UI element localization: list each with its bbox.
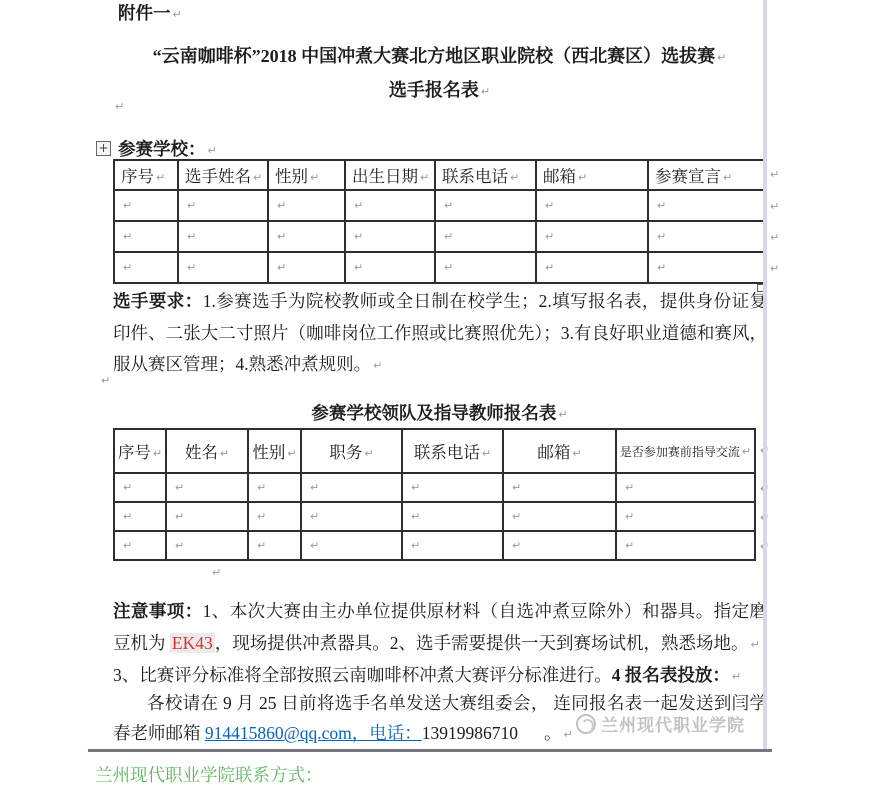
column-header: 联系电话↵ (402, 429, 503, 473)
table-row: ↵↵↵↵↵↵↵ (114, 473, 755, 502)
notes-paragraph: 注意事项：1、本次大赛由主办单位提供原材料（自选冲煮豆除外）和器具。指定磨豆机为… (113, 596, 767, 693)
pilcrow-mark: ↵ (173, 481, 184, 494)
column-header: 序号↵ (114, 160, 178, 190)
pilcrow-mark: ↵ (623, 510, 634, 523)
table-cell: ↵ (616, 502, 755, 531)
pilcrow-mark: ↵ (556, 408, 567, 421)
notes-label: 注意事项： (113, 601, 203, 621)
table-cell: ↵ (166, 473, 248, 502)
pilcrow-mark: ↵ (121, 539, 132, 552)
table-cell: ↵ (166, 531, 248, 560)
table-cell: ↵ (248, 531, 301, 560)
pilcrow-mark: ↵ (409, 481, 420, 494)
school-logo-icon (576, 714, 596, 734)
pilcrow-mark: ↵ (562, 728, 573, 741)
pilcrow-mark: ↵ (154, 171, 165, 184)
column-header: 邮箱↵ (536, 160, 648, 190)
requirements-paragraph: 选手要求：1.参赛选手为院校教师或全日制在校学生；2.填写报名表，提供身份证复印… (113, 286, 767, 382)
table-row: ↵↵↵↵↵↵↵ (114, 252, 765, 283)
table-cell: ↵ (503, 473, 616, 502)
table-cell: ↵ (301, 473, 402, 502)
table-cell: ↵ (402, 473, 503, 502)
column-header-text: 姓名 (185, 443, 218, 462)
column-header-text: 序号 (118, 443, 151, 462)
plus-glyph: + (98, 141, 108, 155)
pilcrow-mark: ↵ (251, 171, 262, 184)
column-header: 出生日期↵ (345, 160, 435, 190)
table-cell: ↵ (114, 252, 178, 283)
pilcrow-mark: ↵ (748, 638, 759, 651)
empty-paragraph-mark: ↵ (113, 100, 124, 114)
column-header-text: 选手姓名 (185, 167, 251, 186)
pilcrow-mark: ↵ (508, 171, 519, 184)
pilcrow-mark: ↵ (308, 481, 319, 494)
pilcrow-mark: ↵ (171, 8, 182, 21)
table-cell: ↵ (648, 252, 765, 283)
column-header: 性别↵ (248, 429, 301, 473)
empty-paragraph-mark: ↵ (99, 374, 110, 388)
grinder-model-highlight: EK43 (170, 633, 215, 653)
page-bottom-edge (88, 749, 772, 752)
table-cell: ↵ (435, 190, 536, 221)
column-header-text: 是否参加赛前指导交流 (620, 445, 740, 459)
table-cell: ↵ (402, 502, 503, 531)
pilcrow-mark: ↵ (121, 261, 132, 274)
notes-label-2: 4 报名表投放： (612, 665, 730, 685)
pilcrow-mark: ↵ (255, 510, 266, 523)
pilcrow-mark: ↵ (740, 445, 751, 458)
title-text-2: 选手报名表 (389, 80, 479, 100)
pilcrow-mark: ↵ (418, 171, 429, 184)
watermark: 兰州现代职业学院 (576, 711, 745, 736)
pilcrow-mark: ↵ (576, 171, 587, 184)
table-cell: ↵ (402, 531, 503, 560)
table-cell: ↵ (114, 221, 178, 252)
pilcrow-mark: ↵ (371, 359, 382, 372)
column-header-text: 性别 (252, 443, 285, 462)
pilcrow-mark: ↵ (121, 230, 132, 243)
pilcrow-mark: ↵ (510, 510, 521, 523)
table-cell: ↵ (345, 190, 435, 221)
table-cell: ↵ (616, 531, 755, 560)
document-title-line2: 选手报名表↵ (113, 76, 766, 102)
players-table-wrap: 序号↵选手姓名↵性别↵出生日期↵联系电话↵邮箱↵参赛宣言↵↵↵↵↵↵↵↵↵↵↵↵… (113, 159, 779, 284)
table-row: ↵↵↵↵↵↵↵ (114, 190, 765, 221)
pilcrow-mark: ↵ (352, 261, 363, 274)
column-header: 性别↵ (268, 160, 345, 190)
table-cell: ↵ (178, 190, 268, 221)
email-link[interactable]: 914415860@qq.com，电话： (205, 723, 422, 743)
pilcrow-mark: ↵ (185, 261, 196, 274)
requirements-label: 选手要求： (113, 291, 203, 311)
pilcrow-mark: ↵ (409, 539, 420, 552)
table-cell: ↵ (268, 221, 345, 252)
watermark-text: 兰州现代职业学院 (601, 711, 745, 736)
attachment-label: 附件一↵ (118, 0, 182, 25)
column-header-text: 联系电话 (414, 443, 480, 462)
pilcrow-mark: ↵ (99, 374, 110, 387)
column-header-text: 邮箱 (543, 167, 576, 186)
table-row: ↵↵↵↵↵↵↵ (114, 502, 755, 531)
pilcrow-mark: ↵ (362, 447, 373, 460)
phone-number: 13919986710 (422, 723, 518, 743)
table-cell: ↵ (435, 221, 536, 252)
pilcrow-mark: ↵ (655, 261, 666, 274)
pilcrow-mark: ↵ (623, 481, 634, 494)
table-cell: ↵ (503, 531, 616, 560)
empty-paragraph-mark: ↵ (210, 566, 221, 580)
sentence-end: 。 (544, 723, 562, 743)
column-header: 参赛宣言↵ (648, 160, 765, 190)
table-header-row: 序号↵选手姓名↵性别↵出生日期↵联系电话↵邮箱↵参赛宣言↵ (114, 160, 765, 190)
pilcrow-mark: ↵ (121, 481, 132, 494)
pilcrow-mark: ↵ (768, 253, 779, 284)
pilcrow-mark: ↵ (255, 481, 266, 494)
pilcrow-mark: ↵ (655, 199, 666, 212)
table-cell: ↵ (301, 531, 402, 560)
pilcrow-mark: ↵ (479, 85, 490, 98)
pilcrow-mark: ↵ (121, 510, 132, 523)
pilcrow-mark: ↵ (543, 261, 554, 274)
column-header-text: 邮箱 (537, 443, 570, 462)
table-cell: ↵ (248, 473, 301, 502)
pilcrow-mark: ↵ (275, 230, 286, 243)
leaders-table-title-text: 参赛学校领队及指导教师报名表 (311, 403, 556, 423)
table-cell: ↵ (345, 252, 435, 283)
pilcrow-mark: ↵ (121, 199, 132, 212)
table-cell: ↵ (268, 190, 345, 221)
pilcrow-mark: ↵ (570, 447, 581, 460)
pilcrow-mark: ↵ (308, 510, 319, 523)
column-header: 邮箱↵ (503, 429, 616, 473)
leaders-table: 序号↵姓名↵性别↵职务↵联系电话↵邮箱↵是否参加赛前指导交流↵↵↵↵↵↵↵↵↵↵… (113, 428, 756, 561)
table-cell: ↵ (536, 190, 648, 221)
leaders-table-wrap: 序号↵姓名↵性别↵职务↵联系电话↵邮箱↵是否参加赛前指导交流↵↵↵↵↵↵↵↵↵↵… (113, 428, 769, 561)
table-cell: ↵ (114, 531, 166, 560)
pilcrow-mark: ↵ (255, 539, 266, 552)
table-cell: ↵ (536, 221, 648, 252)
pilcrow-mark: ↵ (352, 199, 363, 212)
pilcrow-mark: ↵ (655, 230, 666, 243)
notes-text-3: 3、比赛评分标准将全部按照云南咖啡杯冲煮大赛评分标准进行。 (113, 665, 612, 685)
pilcrow-mark: ↵ (543, 199, 554, 212)
pilcrow-mark: ↵ (730, 670, 741, 683)
column-header: 姓名↵ (166, 429, 248, 473)
column-header: 序号↵ (114, 429, 166, 473)
pilcrow-mark: ↵ (185, 230, 196, 243)
table-cell: ↵ (536, 252, 648, 283)
pilcrow-mark: ↵ (308, 171, 319, 184)
table-cell: ↵ (166, 502, 248, 531)
column-header-text: 职务 (329, 443, 362, 462)
pilcrow-mark: ↵ (185, 199, 196, 212)
table-cell: ↵ (616, 473, 755, 502)
pilcrow-mark: ↵ (210, 566, 221, 579)
pilcrow-mark: ↵ (442, 199, 453, 212)
leaders-table-title: 参赛学校领队及指导教师报名表↵ (113, 400, 766, 425)
title-text-1: “云南咖啡杯”2018 中国冲煮大赛北方地区职业院校（西北赛区）选拔赛 (153, 46, 716, 66)
table-cell: ↵ (114, 473, 166, 502)
column-header-text: 序号 (121, 167, 154, 186)
pilcrow-mark: ↵ (173, 539, 184, 552)
requirements-text: 1.参赛选手为院校教师或全日制在校学生；2.填写报名表，提供身份证复印件、二张大… (113, 291, 767, 374)
attachment-text: 附件一 (118, 3, 171, 23)
pilcrow-mark: ↵ (510, 539, 521, 552)
pilcrow-mark: ↵ (308, 539, 319, 552)
pilcrow-mark: ↵ (510, 481, 521, 494)
pilcrow-mark: ↵ (113, 100, 124, 113)
table-move-handle-icon: + (96, 141, 111, 156)
pilcrow-mark: ↵ (206, 144, 217, 157)
row-end-marks: ↵ ↵ ↵ ↵ (766, 159, 779, 284)
column-header: 联系电话↵ (435, 160, 536, 190)
players-table: 序号↵选手姓名↵性别↵出生日期↵联系电话↵邮箱↵参赛宣言↵↵↵↵↵↵↵↵↵↵↵↵… (113, 159, 766, 284)
pilcrow-mark: ↵ (285, 447, 296, 460)
pilcrow-mark: ↵ (173, 510, 184, 523)
table-cell: ↵ (301, 502, 402, 531)
column-header-text: 出生日期 (352, 167, 418, 186)
table-cell: ↵ (648, 190, 765, 221)
table-cell: ↵ (435, 252, 536, 283)
pilcrow-mark: ↵ (275, 199, 286, 212)
column-header: 选手姓名↵ (178, 160, 268, 190)
pilcrow-mark: ↵ (352, 230, 363, 243)
school-field-label: 参赛学校：↵ (118, 136, 217, 161)
pilcrow-mark: ↵ (768, 191, 779, 222)
table-row: ↵↵↵↵↵↵↵ (114, 221, 765, 252)
pilcrow-mark: ↵ (442, 261, 453, 274)
table-cell: ↵ (503, 502, 616, 531)
pilcrow-mark: ↵ (715, 51, 726, 64)
table-cell: ↵ (114, 502, 166, 531)
table-cell: ↵ (178, 221, 268, 252)
school-label-text: 参赛学校： (118, 139, 206, 159)
column-header-text: 性别 (275, 167, 308, 186)
table-cell: ↵ (268, 252, 345, 283)
column-header: 职务↵ (301, 429, 402, 473)
table-row: ↵↵↵↵↵↵↵ (114, 531, 755, 560)
table-cell: ↵ (178, 252, 268, 283)
pilcrow-mark: ↵ (623, 539, 634, 552)
article-page: 附件一↵ “云南咖啡杯”2018 中国冲煮大赛北方地区职业院校（西北赛区）选拔赛… (0, 0, 870, 792)
page-right-edge (763, 0, 767, 751)
table-cell: ↵ (248, 502, 301, 531)
table-header-row: 序号↵姓名↵性别↵职务↵联系电话↵邮箱↵是否参加赛前指导交流↵ (114, 429, 755, 473)
pilcrow-mark: ↵ (275, 261, 286, 274)
notes-text-2: ，现场提供冲煮器具。2、选手需要提供一天到赛场试机，熟悉场地。 (215, 633, 749, 653)
pilcrow-mark: ↵ (768, 159, 779, 191)
pilcrow-mark: ↵ (721, 171, 732, 184)
table-cell: ↵ (345, 221, 435, 252)
pilcrow-mark: ↵ (409, 510, 420, 523)
column-header: 是否参加赛前指导交流↵ (616, 429, 755, 473)
table-cell: ↵ (648, 221, 765, 252)
document-title-line1: “云南咖啡杯”2018 中国冲煮大赛北方地区职业院校（西北赛区）选拔赛↵ (113, 42, 766, 68)
pilcrow-mark: ↵ (480, 447, 491, 460)
column-header-text: 参赛宣言 (655, 167, 721, 186)
contact-heading: 兰州现代职业学院联系方式： (95, 762, 323, 787)
pilcrow-mark: ↵ (543, 230, 554, 243)
table-cell: ↵ (114, 190, 178, 221)
pilcrow-mark: ↵ (218, 447, 229, 460)
column-header-text: 联系电话 (442, 167, 508, 186)
pilcrow-mark: ↵ (151, 447, 162, 460)
pilcrow-mark: ↵ (442, 230, 453, 243)
pilcrow-mark: ↵ (768, 222, 779, 253)
